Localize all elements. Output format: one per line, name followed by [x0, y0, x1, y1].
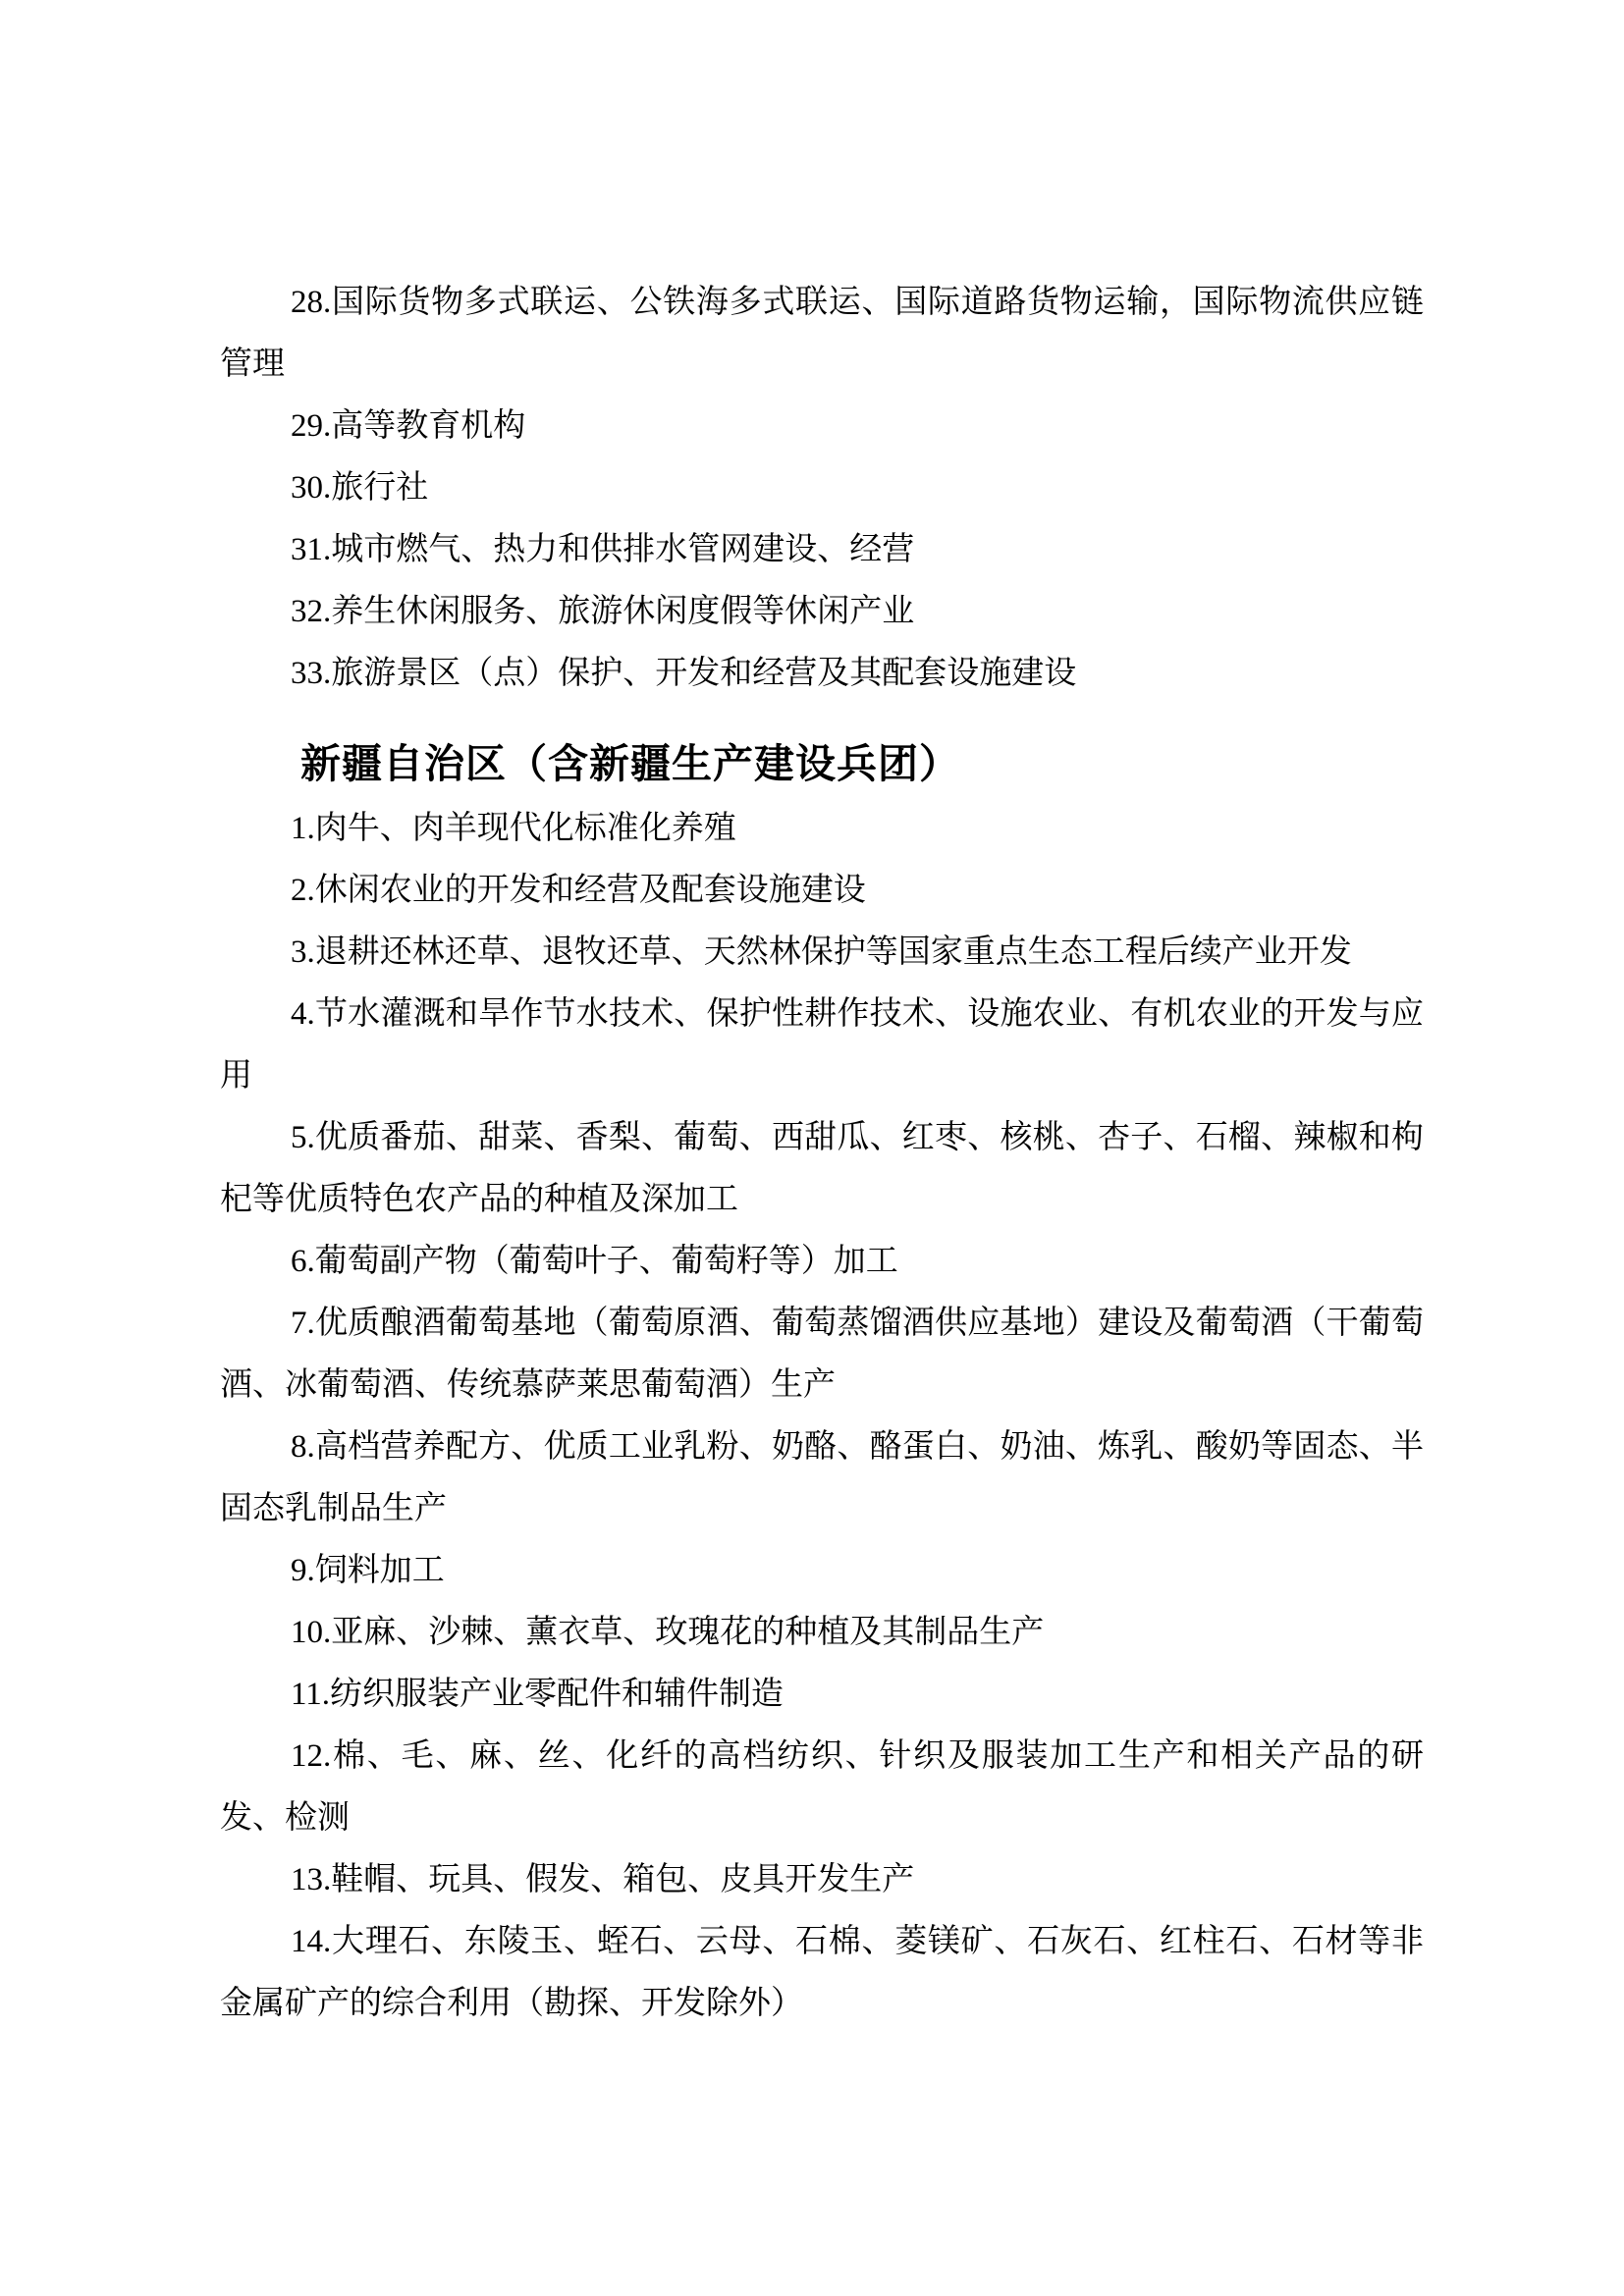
list-item-30: 30.旅行社 — [220, 457, 1424, 519]
list-item-32: 32.养生休闲服务、旅游休闲度假等休闲产业 — [220, 581, 1424, 643]
list-item-31: 31.城市燃气、热力和供排水管网建设、经营 — [220, 519, 1424, 581]
list-item-1: 1.肉牛、肉羊现代化标准化养殖 — [220, 798, 1424, 860]
list-item-11: 11.纺织服装产业零配件和辅件制造 — [220, 1664, 1424, 1726]
list-item-33: 33.旅游景区（点）保护、开发和经营及其配套设施建设 — [220, 643, 1424, 705]
list-item-12: 12.棉、毛、麻、丝、化纤的高档纺织、针织及服装加工生产和相关产品的研发、检测 — [220, 1726, 1424, 1849]
list-item-4: 4.节水灌溉和旱作节水技术、保护性耕作技术、设施农业、有机农业的开发与应用 — [220, 984, 1424, 1107]
list-item-9: 9.饲料加工 — [220, 1540, 1424, 1602]
list-item-3: 3.退耕还林还草、退牧还草、天然林保护等国家重点生态工程后续产业开发 — [220, 922, 1424, 984]
list-item-2: 2.休闲农业的开发和经营及配套设施建设 — [220, 860, 1424, 922]
section-heading: 新疆自治区（含新疆生产建设兵团） — [220, 729, 1424, 798]
list-item-28: 28.国际货物多式联运、公铁海多式联运、国际道路货物运输，国际物流供应链管理 — [220, 272, 1424, 396]
list-item-10: 10.亚麻、沙棘、薰衣草、玫瑰花的种植及其制品生产 — [220, 1602, 1424, 1664]
list-item-8: 8.高档营养配方、优质工业乳粉、奶酪、酪蛋白、奶油、炼乳、酸奶等固态、半固态乳制… — [220, 1416, 1424, 1540]
list-item-14: 14.大理石、东陵玉、蛭石、云母、石棉、菱镁矿、石灰石、红柱石、石材等非金属矿产… — [220, 1911, 1424, 2035]
list-item-29: 29.高等教育机构 — [220, 396, 1424, 457]
list-item-7: 7.优质酿酒葡萄基地（葡萄原酒、葡萄蒸馏酒供应基地）建设及葡萄酒（干葡萄酒、冰葡… — [220, 1293, 1424, 1416]
list-item-5: 5.优质番茄、甜菜、香梨、葡萄、西甜瓜、红枣、核桃、杏子、石榴、辣椒和枸杞等优质… — [220, 1107, 1424, 1231]
document-page: 28.国际货物多式联运、公铁海多式联运、国际道路货物运输，国际物流供应链管理 2… — [0, 0, 1624, 2296]
list-item-6: 6.葡萄副产物（葡萄叶子、葡萄籽等）加工 — [220, 1231, 1424, 1293]
list-item-13: 13.鞋帽、玩具、假发、箱包、皮具开发生产 — [220, 1849, 1424, 1911]
